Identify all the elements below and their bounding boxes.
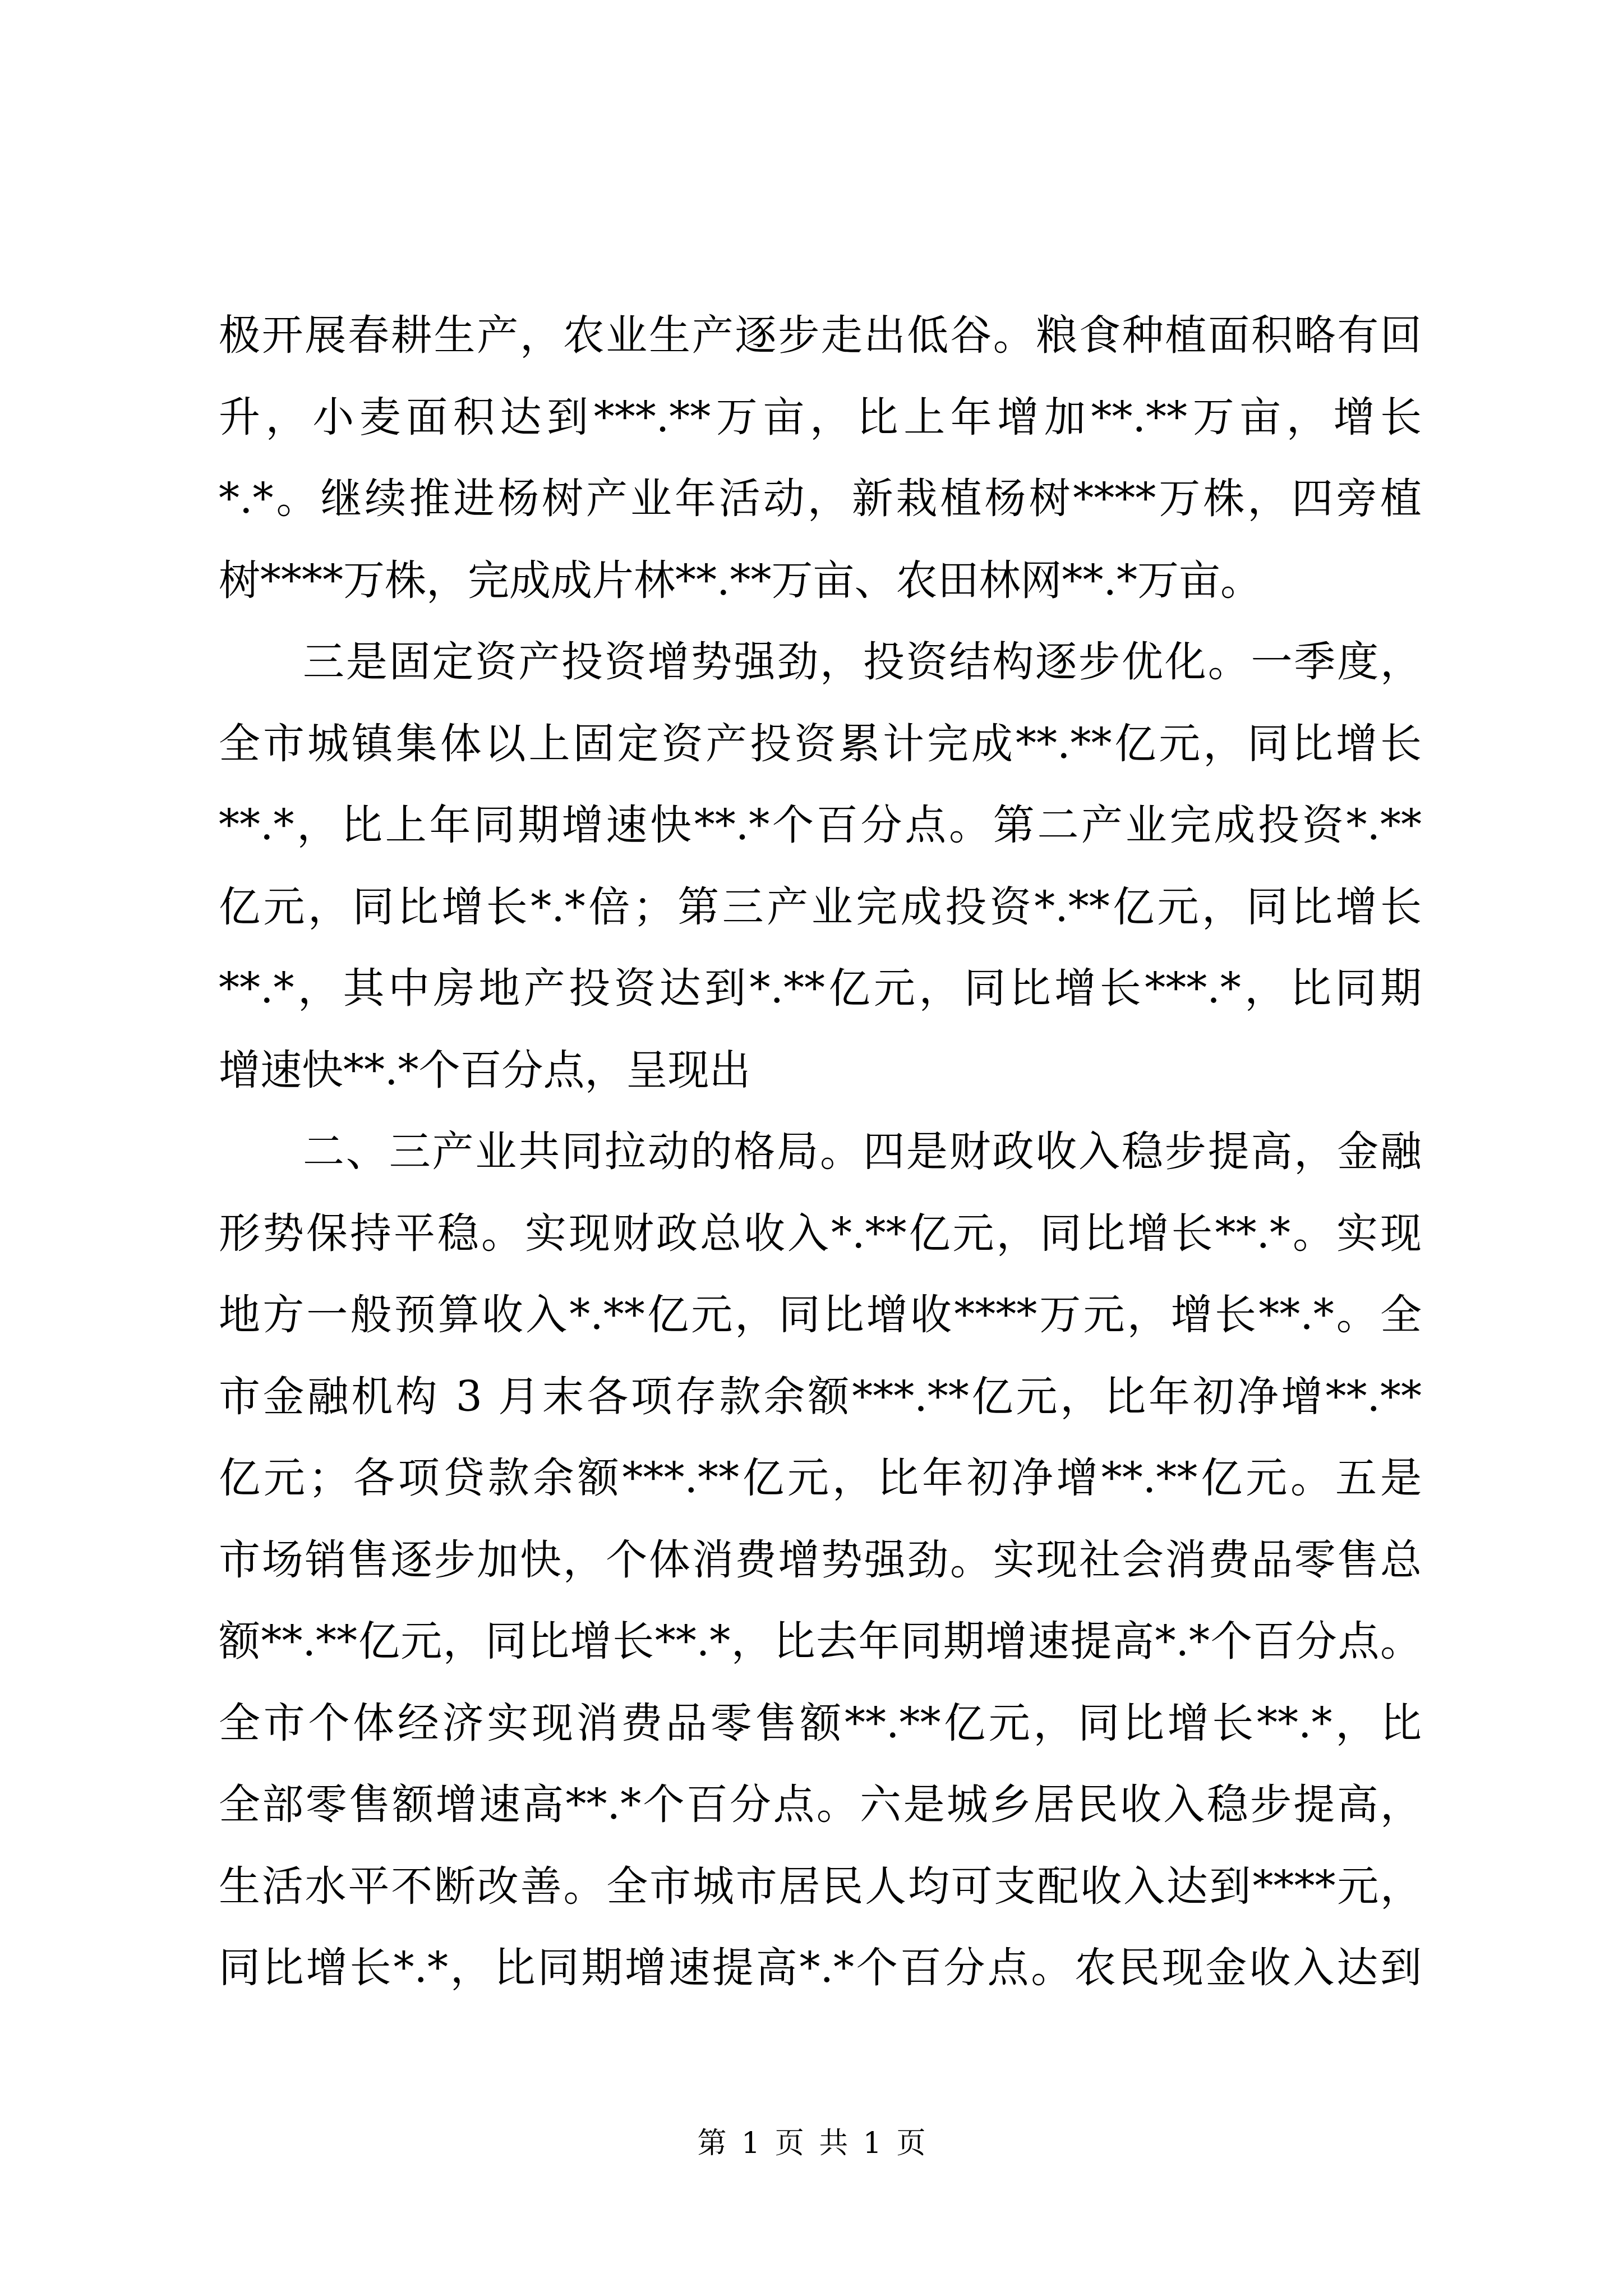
text-line: 亿元；各项贷款余额***.**亿元，比年初净增**.**亿元。五是 (219, 1450, 1422, 1532)
document-page: 极开展春耕生产，农业生产逐步走出低谷。粮食种植面积略有回 升，小麦面积达到***… (0, 0, 1623, 2296)
text-line: **.*，其中房地产投资达到*.**亿元，同比增长***.*，比同期 (219, 960, 1422, 1042)
body-text: 极开展春耕生产，农业生产逐步走出低谷。粮食种植面积略有回 升，小麦面积达到***… (219, 307, 1422, 2022)
text-line: 市场销售逐步加快，个体消费增势强劲。实现社会消费品零售总 (219, 1532, 1422, 1614)
paragraph-start-line: 三是固定资产投资增势强劲，投资结构逐步优化。一季度， (219, 634, 1422, 716)
text-line: 同比增长*.*，比同期增速提高*.*个百分点。农民现金收入达到 (219, 1940, 1422, 2022)
text-line: 额**.**亿元，同比增长**.*，比去年同期增速提高*.*个百分点。 (219, 1613, 1422, 1695)
text-line: 全市个体经济实现消费品零售额**.**亿元，同比增长**.*，比 (219, 1695, 1422, 1777)
text-line: 增速快**.*个百分点，呈现出 (219, 1042, 1422, 1124)
text-line: 升，小麦面积达到***.**万亩，比上年增加**.**万亩，增长 (219, 389, 1422, 471)
text-line: 市金融机构 3 月末各项存款余额***.**亿元，比年初净增**.** (219, 1369, 1422, 1451)
text-line: 全市城镇集体以上固定资产投资累计完成**.**亿元，同比增长 (219, 716, 1422, 798)
text-line: 形势保持平稳。实现财政总收入*.**亿元，同比增长**.*。实现 (219, 1205, 1422, 1287)
text-line: 极开展春耕生产，农业生产逐步走出低谷。粮食种植面积略有回 (219, 307, 1422, 389)
text-line: 生活水平不断改善。全市城市居民人均可支配收入达到****元， (219, 1858, 1422, 1940)
text-line: 地方一般预算收入*.**亿元，同比增收****万元，增长**.*。全 (219, 1287, 1422, 1369)
text-line: 亿元，同比增长*.*倍；第三产业完成投资*.**亿元，同比增长 (219, 879, 1422, 961)
text-line: 全部零售额增速高**.*个百分点。六是城乡居民收入稳步提高， (219, 1777, 1422, 1858)
text-line: **.*，比上年同期增速快**.*个百分点。第二产业完成投资*.** (219, 797, 1422, 879)
paragraph-start-line: 二、三产业共同拉动的格局。四是财政收入稳步提高，金融 (219, 1124, 1422, 1205)
text-line: *.*。继续推进杨树产业年活动，新栽植杨树****万株，四旁植 (219, 471, 1422, 553)
page-number-footer: 第 1 页 共 1 页 (0, 2119, 1623, 2161)
text-line: 树****万株，完成成片林**.**万亩、农田林网**.*万亩。 (219, 553, 1422, 634)
